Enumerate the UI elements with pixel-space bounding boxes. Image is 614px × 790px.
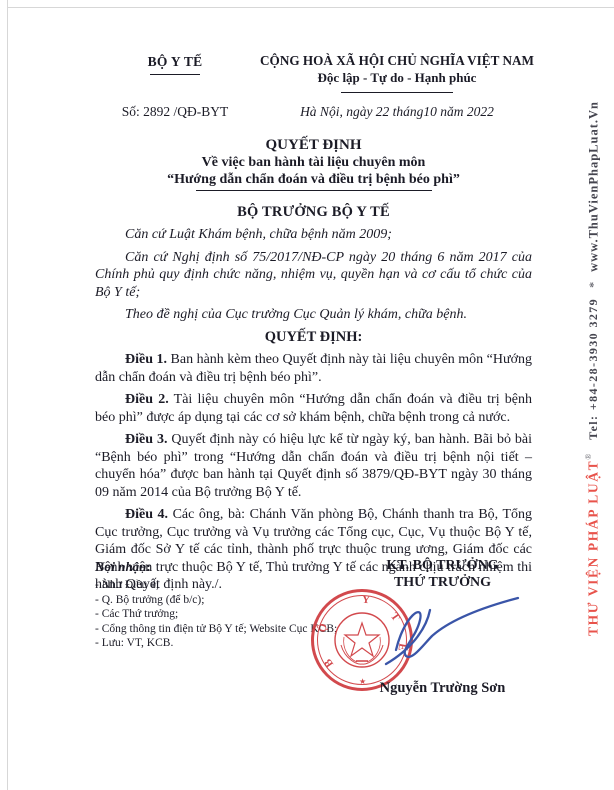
recipient-item: - Q. Bộ trưởng (để b/c); [95,593,345,608]
issuing-org-block: BỘ Y TẾ [100,54,250,75]
watermark-separator: * [586,282,600,288]
org-divider [150,74,200,75]
article-2-label: Điều 2. [125,392,169,407]
recipient-item: - Các Thứ trưởng; [95,607,345,622]
signature-stroke [366,578,526,678]
recipients-heading: Nơi nhận: [95,559,345,575]
national-title: CỘNG HOÀ XÃ HỘI CHỦ NGHĨA VIỆT NAM [252,53,542,69]
document-title: QUYẾT ĐỊNH [95,137,532,154]
document-subtitle: Về việc ban hành tài liệu chuyên môn [95,155,532,171]
title-block: QUYẾT ĐỊNH Về việc ban hành tài liệu chu… [95,137,532,191]
watermark-brand: THƯ VIỆN PHÁP LUẬT [585,460,600,636]
recipients-list: - Như Điều 4; - Q. Bộ trưởng (để b/c); -… [95,578,345,651]
document-body: Căn cứ Luật Khám bệnh, chữa bệnh năm 200… [95,226,532,599]
preamble-paragraph: Theo đề nghị của Cục trưởng Cục Quản lý … [95,306,532,324]
watermark-website: www.ThuVienPhapLuat.Vn [586,101,600,272]
document-subject: “Hướng dẫn chẩn đoán và điều trị bệnh bé… [95,172,532,188]
recipient-item: - Cổng thông tin điện tử Bộ Y tế; Websit… [95,622,345,637]
preamble-paragraph: Căn cứ Luật Khám bệnh, chữa bệnh năm 200… [95,226,532,244]
motto-divider [341,92,453,93]
national-motto: Độc lập - Tự do - Hạnh phúc [252,70,542,86]
issuing-authority: BỘ TRƯỞNG BỘ Y TẾ [95,204,532,221]
watermark-phone: Tel: +84-28-3930 3279 [586,298,600,440]
recipients-heading-colon: : [146,559,150,574]
signer-name: Nguyễn Trường Sơn [330,680,555,697]
document-number: Số: 2892 /QĐ-BYT [100,104,250,120]
page-left-edge [7,0,8,790]
watermark-sidebar: THƯ VIỆN PHÁP LUẬT®Tel: +84-28-3930 3279… [584,101,602,636]
document-page: BỘ Y TẾ CỘNG HOÀ XÃ HỘI CHỦ NGHĨA VIỆT N… [0,0,614,790]
registered-mark-icon: ® [584,454,593,460]
national-motto-block: CỘNG HOÀ XÃ HỘI CHỦ NGHĨA VIỆT NAM Độc l… [252,53,542,93]
decree-heading: QUYẾT ĐỊNH: [95,329,532,347]
recipient-item: - Lưu: VT, KCB. [95,636,345,651]
page-top-edge [7,7,614,8]
article-3-label: Điều 3. [125,432,167,447]
recipient-item: - Như Điều 4; [95,578,345,593]
article-1: Điều 1. Ban hành kèm theo Quyết định này… [95,351,532,386]
recipients-block: Nơi nhận: - Như Điều 4; - Q. Bộ trưởng (… [95,559,345,651]
article-1-label: Điều 1. [125,352,167,367]
issuing-org: BỘ Y TẾ [100,54,250,70]
recipients-heading-text: Nơi nhận [95,559,146,574]
article-2: Điều 2. Tài liệu chuyên môn “Hướng dẫn c… [95,391,532,426]
place-and-date: Hà Nội, ngày 22 tháng10 năm 2022 [252,104,542,120]
title-divider [196,190,432,191]
preamble-paragraph: Căn cứ Nghị định số 75/2017/NĐ-CP ngày 2… [95,249,532,302]
signature-title-line1: KT. BỘ TRƯỞNG [330,557,555,574]
article-4-label: Điều 4. [125,507,168,522]
article-3: Điều 3. Quyết định này có hiệu lực kể từ… [95,431,532,501]
